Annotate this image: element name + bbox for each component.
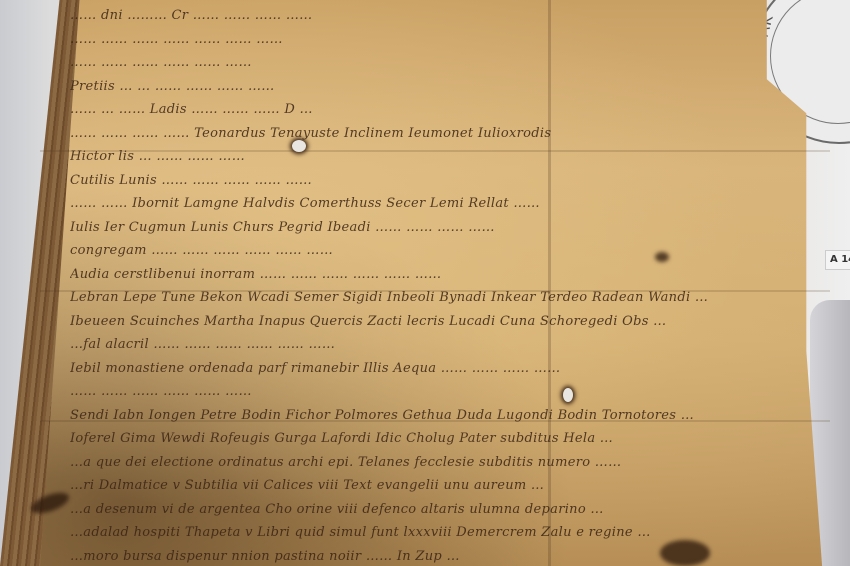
parchment-hole — [292, 140, 306, 152]
manuscript-text-block: …… dni ……… Cr …… …… …… …… …… …… …… …… ……… — [70, 4, 810, 566]
manuscript-line: …adalad hospiti Thapeta v Libri quid sim… — [70, 521, 810, 545]
manuscript-line: Pretiis … … …… …… …… …… — [70, 75, 810, 99]
parchment-hole — [563, 388, 573, 402]
manuscript-line: Cutilis Lunis …… …… …… …… …… — [70, 169, 810, 193]
manuscript-line: …… … …… Ladis …… …… …… D … — [70, 98, 810, 122]
manuscript-line: Ioferel Gima Wewdi Rofeugis Gurga Laford… — [70, 427, 810, 451]
manuscript-line: Audia cerstlibenui inorram …… …… …… …… …… — [70, 263, 810, 287]
manuscript-line: …… …… Ibornit Lamgne Halvdis Comerthuss … — [70, 192, 810, 216]
manuscript-line: Lebran Lepe Tune Bekon Wcadi Semer Sigid… — [70, 286, 810, 310]
manuscript-line: …… …… …… …… …… …… — [70, 380, 810, 404]
manuscript-line: …a que dei electione ordinatus archi epi… — [70, 451, 810, 475]
ink-stain — [655, 252, 669, 262]
manuscript-line: Iulis Ier Cugmun Lunis Churs Pegrid Ibea… — [70, 216, 810, 240]
manuscript-line: …ri Dalmatice v Subtilia vii Calices vii… — [70, 474, 810, 498]
manuscript-line: …a desenum vi de argentea Cho orine viii… — [70, 498, 810, 522]
manuscript-line: …… …… …… …… Teonardus Tenayuste Inclinem… — [70, 122, 810, 146]
manuscript-line: Iebil monastiene ordenada parf rimanebir… — [70, 357, 810, 381]
manuscript-line: Hictor lis … …… …… …… — [70, 145, 810, 169]
manuscript-line: Sendi Iabn Iongen Petre Bodin Fichor Pol… — [70, 404, 810, 428]
manuscript-line: …… dni ……… Cr …… …… …… …… — [70, 4, 810, 28]
dark-stain — [660, 540, 710, 566]
manuscript-line: …fal alacril …… …… …… …… …… …… — [70, 333, 810, 357]
manuscript-line: Ibeueen Scuinches Martha Inapus Quercis … — [70, 310, 810, 334]
exhibit-label: A 14 — [825, 250, 850, 270]
manuscript-line: …… …… …… …… …… …… …… — [70, 28, 810, 52]
manuscript-line: …… …… …… …… …… …… — [70, 51, 810, 75]
manuscript-line: congregam …… …… …… …… …… …… — [70, 239, 810, 263]
